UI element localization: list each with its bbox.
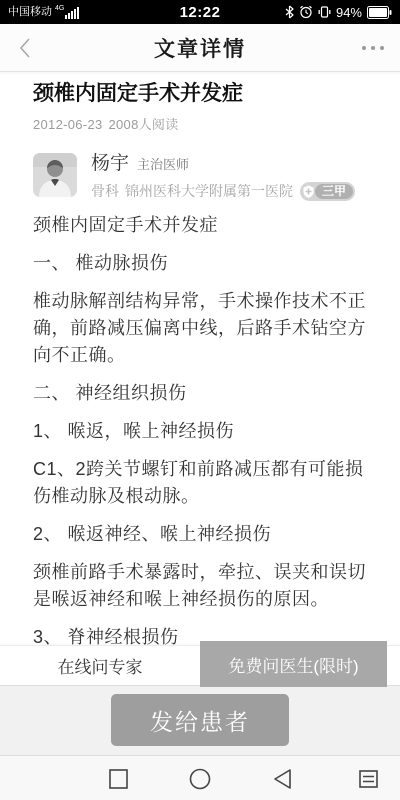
article-paragraph: 二、 神经组织损伤 [33, 380, 367, 407]
phone-screen: 中国移动 4G 12:22 [0, 0, 400, 800]
ask-expert-button[interactable]: 在线问专家 [0, 646, 200, 685]
vibrate-icon [318, 5, 331, 19]
doctor-avatar[interactable] [33, 153, 77, 197]
nav-bar: 文章详情 [0, 24, 400, 72]
article-paragraph: 颈椎内固定手术并发症 [33, 212, 367, 239]
author-hospital: 锦州医科大学附属第一医院 [125, 181, 293, 201]
send-panel: 发给患者 [0, 685, 400, 755]
author-info: 杨宇 主治医师 骨科 锦州医科大学附属第一医院 三甲 [91, 148, 355, 201]
system-nav-bar [0, 755, 400, 800]
author-name: 杨宇 [91, 148, 129, 175]
battery-icon [367, 6, 392, 19]
send-to-patient-button[interactable]: 发给患者 [111, 694, 289, 746]
shield-plus-icon [303, 185, 314, 198]
article-paragraph: 一、 椎动脉损伤 [33, 250, 367, 277]
bottom-ask-bar: 在线问专家 免费问医生(限时) [0, 645, 400, 685]
more-options-button[interactable] [362, 46, 384, 50]
menu-lines-icon[interactable] [356, 767, 380, 791]
status-right: 94% [285, 5, 392, 20]
article-body: 颈椎内固定手术并发症一、 椎动脉损伤椎动脉解剖结构异常，手术操作技术不正确，前路… [33, 212, 367, 645]
author-job-title: 主治医师 [137, 154, 189, 173]
free-ask-doctor-button[interactable]: 免费问医生(限时) [200, 641, 387, 687]
alarm-clock-icon [299, 5, 313, 19]
article-paragraph: 椎动脉解剖结构异常，手术操作技术不正确，前路减压偏离中线，后路手术钻空方向不正确… [33, 288, 367, 369]
article-date: 2012-06-23 [33, 117, 103, 132]
recents-square-icon[interactable] [106, 767, 130, 791]
back-triangle-icon[interactable] [271, 767, 295, 791]
badge-label: 三甲 [315, 184, 353, 199]
article-scroll-area[interactable]: 颈椎内固定手术并发症 2012-06-232008人阅读 杨宇 主治医师 [0, 72, 400, 645]
page-title: 文章详情 [154, 33, 246, 63]
bluetooth-icon [285, 5, 294, 19]
article-read-count: 2008人阅读 [109, 117, 179, 132]
battery-percent-label: 94% [336, 5, 362, 20]
article-paragraph: 颈椎前路手术暴露时，牵拉、误夹和误切是喉返神经和喉上神经损伤的原因。 [33, 559, 367, 613]
article-paragraph: 1、 喉返，喉上神经损伤 [33, 418, 367, 445]
article-title: 颈椎内固定手术并发症 [33, 80, 367, 107]
article-paragraph: C1、2跨关节螺钉和前路减压都有可能损伤椎动脉及根动脉。 [33, 456, 367, 510]
author-department: 骨科 [91, 181, 119, 201]
home-circle-icon[interactable] [188, 767, 212, 791]
article-paragraph: 2、 喉返神经、喉上神经损伤 [33, 521, 367, 548]
status-bar: 中国移动 4G 12:22 [0, 0, 400, 24]
back-button[interactable] [14, 36, 38, 60]
author-card[interactable]: 杨宇 主治医师 骨科 锦州医科大学附属第一医院 三甲 [33, 148, 367, 201]
article-meta: 2012-06-232008人阅读 [33, 114, 367, 133]
hospital-grade-badge: 三甲 [300, 182, 355, 201]
